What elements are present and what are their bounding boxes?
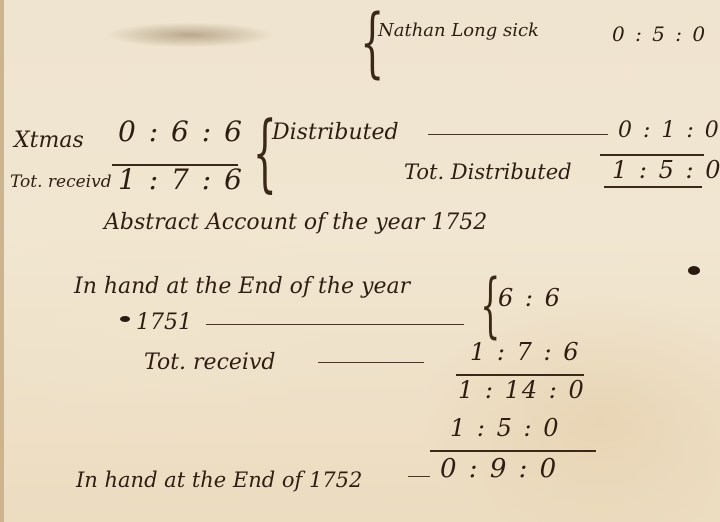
abstract-total-received-amount: 1 : 7 : 6	[470, 340, 581, 364]
page-edge	[0, 0, 4, 522]
distributed-label: Distributed	[272, 122, 399, 144]
abstract-distributed-amount: 1 : 5 : 0	[450, 416, 561, 440]
abstract-heading: Abstract Account of the year 1752	[104, 212, 487, 234]
abstract-subtotal-amount: 1 : 14 : 0	[458, 378, 586, 402]
top-entry-label: Nathan Long sick	[378, 22, 539, 40]
in-hand-1752-amount: 0 : 9 : 0	[440, 456, 558, 482]
total-distributed-label: Tot. Distributed	[404, 162, 572, 183]
distributed-amount: 0 : 1 : 0	[618, 120, 720, 142]
total-distributed-underline	[604, 186, 702, 188]
total-received-leader-line	[318, 362, 424, 363]
in-hand-1752-leader-line	[408, 476, 430, 477]
abstract-total-received-label: Tot. receivd	[144, 352, 275, 374]
in-hand-leader-line	[206, 324, 464, 325]
in-hand-1751-label: In hand at the End of the year	[74, 276, 410, 298]
in-hand-1752-label: In hand at the End of 1752	[76, 470, 362, 491]
manuscript-page: { Nathan Long sick 0 : 5 : 0 Xtmas 0 : 6…	[0, 0, 720, 522]
balance-line	[430, 450, 596, 452]
total-distributed-amount: 1 : 5 : 0	[612, 158, 720, 182]
xmas-amount: 0 : 6 : 6	[118, 118, 244, 146]
ink-blot	[120, 316, 130, 322]
total-received-label: Tot. receivd	[10, 174, 112, 191]
in-hand-1751-year: 1751	[136, 312, 192, 334]
total-received-amount: 1 : 7 : 6	[118, 166, 244, 194]
top-entry-amount: 0 : 5 : 0	[612, 24, 707, 44]
top-brace: {	[360, 4, 384, 80]
xmas-label: Xtmas	[14, 130, 84, 152]
distributed-leader-line	[428, 134, 608, 135]
ink-mark	[688, 266, 700, 275]
in-hand-1751-amount: 6 : 6	[498, 286, 562, 310]
